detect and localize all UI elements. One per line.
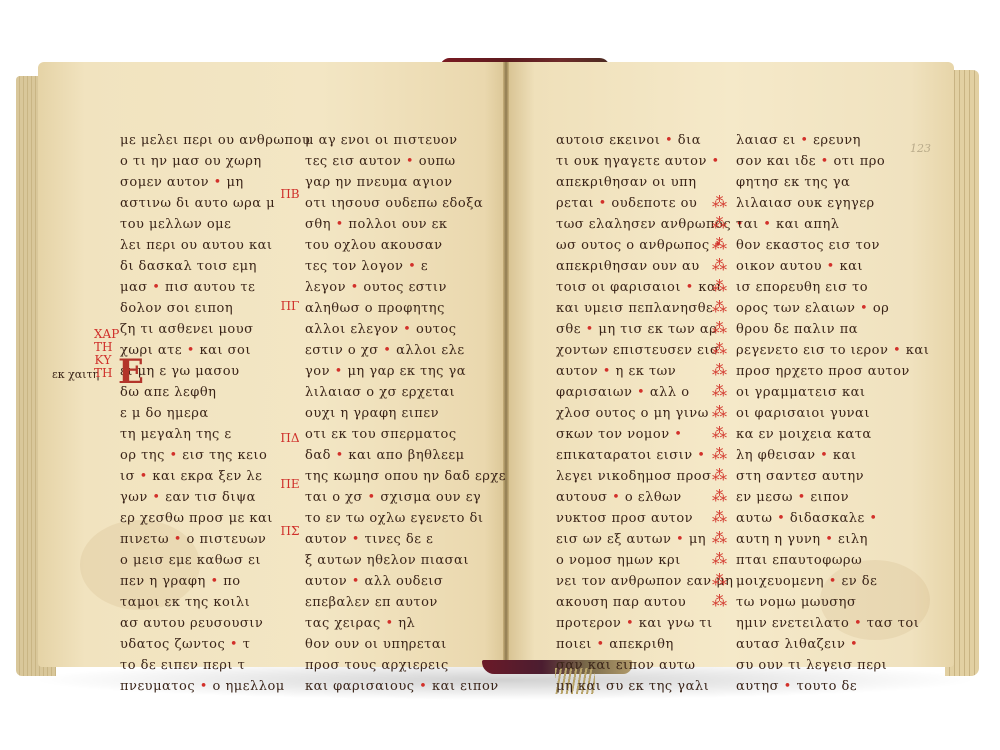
- red-asterisk-column: ⁂⁂⁂⁂⁂⁂⁂⁂⁂⁂⁂⁂⁂⁂⁂⁂⁂⁂⁂⁂: [712, 192, 727, 612]
- manuscript-line: προσ ηρχετο προσ αυτον: [736, 361, 929, 382]
- manuscript-line: ορος των ελαιων • ορ: [736, 298, 929, 319]
- manuscript-line: ο τι ην μασ ου χωρη: [120, 151, 310, 172]
- red-asterisk-icon: ⁂: [712, 318, 727, 339]
- manuscript-line: ξ αυτων ηθελον πιασαι: [305, 550, 506, 571]
- manuscript-line: λιλαιασ ουκ εγηγερ: [736, 193, 929, 214]
- rubric-dot: •: [368, 490, 376, 505]
- red-asterisk-icon: ⁂: [712, 276, 727, 297]
- red-asterisk-icon: ⁂: [712, 192, 727, 213]
- manuscript-line: εν μεσω • ειπον: [736, 487, 929, 508]
- rubric-dot: •: [408, 259, 416, 274]
- manuscript-line: αυτον • αλλ ουδεισ: [305, 571, 506, 592]
- red-asterisk-icon: ⁂: [712, 381, 727, 402]
- red-asterisk-icon: ⁂: [712, 234, 727, 255]
- marginal-rubric-vertical: ΧΑΡ ΤΗ ΚΥ ΤΗ: [94, 328, 112, 380]
- manuscript-line: απεκριθησαν οι υπη: [556, 172, 744, 193]
- rubric-dot: •: [406, 154, 414, 169]
- manuscript-line: λη φθεισαν • και: [736, 445, 929, 466]
- manuscript-line: τω νομω μωυσησ: [736, 592, 929, 613]
- red-asterisk-icon: ⁂: [712, 570, 727, 591]
- manuscript-line: αληθωσ ο προφητης: [305, 298, 506, 319]
- rubric-dot: •: [777, 511, 785, 526]
- left-page-column-1: με μελει περι ου ανθρωπουο τι ην μασ ου …: [120, 130, 310, 697]
- manuscript-line: ται ο χσ • σχισμα ουν εγ: [305, 487, 506, 508]
- manuscript-line: μασ • πισ αυτου τε: [120, 277, 310, 298]
- manuscript-line: αυτοισ εκεινοι • δια: [556, 130, 744, 151]
- manuscript-line: πνευματος • ο ημελλομ: [120, 676, 310, 697]
- manuscript-line: δαδ • και απο βηθλεεμ: [305, 445, 506, 466]
- rubric-dot: •: [403, 322, 411, 337]
- rubric-dot: •: [893, 343, 901, 358]
- manuscript-line: σον και ιδε • οτι προ: [736, 151, 929, 172]
- rubric-dot: •: [825, 532, 833, 547]
- rubric-dot: •: [784, 679, 792, 694]
- manuscript-line: εστιν ο χσ • αλλοι ελε: [305, 340, 506, 361]
- red-asterisk-icon: ⁂: [712, 444, 727, 465]
- manuscript-line: της κωμησ οπου ην δαδ ερχε: [305, 466, 506, 487]
- right-page-column-2: λαιασ ει • ερευνησον και ιδε • οτι προφη…: [736, 130, 929, 697]
- manuscript-line: επεβαλεν επ αυτον: [305, 592, 506, 613]
- manuscript-line: οι γραμματεισ και: [736, 382, 929, 403]
- red-asterisk-icon: ⁂: [712, 528, 727, 549]
- red-initial-letter: Ε: [118, 352, 144, 392]
- manuscript-line: ο μεισ εμε καθωσ ει: [120, 550, 310, 571]
- section-number-marginalia: ΠΒ: [280, 188, 300, 201]
- manuscript-line: σθη • πολλοι ουν εκ: [305, 214, 506, 235]
- manuscript-line: τες εισ αυτον • ουπω: [305, 151, 506, 172]
- red-asterisk-icon: ⁂: [712, 486, 727, 507]
- rubric-dot: •: [798, 490, 806, 505]
- red-asterisk-icon: ⁂: [712, 360, 727, 381]
- manuscript-line: ε μ δο ημερα: [120, 403, 310, 424]
- rubric-dot: •: [854, 616, 862, 631]
- manuscript-line: του οχλου ακουσαν: [305, 235, 506, 256]
- manuscript-line: στη σαντεσ αυτην: [736, 466, 929, 487]
- rubric-dot: •: [850, 637, 858, 652]
- manuscript-line: γαρ ην πνευμα αγιον: [305, 172, 506, 193]
- manuscript-line: αλλοι ελεγον • ουτος: [305, 319, 506, 340]
- rubric-dot: •: [152, 490, 160, 505]
- rubric-dot: •: [596, 637, 604, 652]
- rubric-dot: •: [210, 574, 218, 589]
- manuscript-line: μη και συ εκ της γαλι: [556, 676, 744, 697]
- rubric-dot: •: [637, 385, 645, 400]
- manuscript-line: ασ αυτου ρευσουσιν: [120, 613, 310, 634]
- rubric-dot: •: [187, 343, 195, 358]
- rubric-dot: •: [800, 133, 808, 148]
- rubric-dot: •: [820, 448, 828, 463]
- manuscript-line: ουχι η γραφη ειπεν: [305, 403, 506, 424]
- red-asterisk-icon: ⁂: [712, 423, 727, 444]
- rubric-dot: •: [383, 343, 391, 358]
- red-asterisk-icon: ⁂: [712, 465, 727, 486]
- manuscript-line: ημιν ενετειλατο • τασ τοι: [736, 613, 929, 634]
- red-asterisk-icon: ⁂: [712, 213, 727, 234]
- manuscript-line: το δε ειπεν περι τ: [120, 655, 310, 676]
- manuscript-line: σαν και ειπον αυτω: [556, 655, 744, 676]
- manuscript-line: ται • και απηλ: [736, 214, 929, 235]
- rubric-dot: •: [603, 364, 611, 379]
- section-number-marginalia: ΠΣ: [280, 525, 300, 538]
- rubric-dot: •: [599, 196, 607, 211]
- manuscript-line: αυτη η γυνη • ειλη: [736, 529, 929, 550]
- rubric-dot: •: [586, 322, 594, 337]
- rubric-dot: •: [612, 490, 620, 505]
- manuscript-line: αυτον • τινες δε ε: [305, 529, 506, 550]
- rubric-dot: •: [763, 217, 771, 232]
- rubric-dot: •: [821, 154, 829, 169]
- manuscript-line: το εν τω οχλω εγενετο δι: [305, 508, 506, 529]
- rubric-dot: •: [336, 217, 344, 232]
- section-number-marginalia: ΠΔ: [280, 432, 300, 445]
- rubric-dot: •: [200, 679, 208, 694]
- rubric-dot: •: [829, 574, 837, 589]
- section-number-marginalia: ΠΕ: [280, 478, 300, 491]
- manuscript-line: συ ουν τι λεγεισ περι: [736, 655, 929, 676]
- manuscript-line: με μελει περι ου ανθρωπου: [120, 130, 310, 151]
- manuscript-line: γον • μη γαρ εκ της γα: [305, 361, 506, 382]
- manuscript-line: χωρι ατε • και σοι: [120, 340, 310, 361]
- rubric-dot: •: [665, 133, 673, 148]
- rubric-dot: •: [860, 301, 868, 316]
- rubric-dot: •: [827, 259, 835, 274]
- manuscript-line: ποιει • απεκριθη: [556, 634, 744, 655]
- marginal-note-ink: εκ χαιτη: [52, 368, 99, 381]
- manuscript-line: αυτασ λιθαζειν •: [736, 634, 929, 655]
- folio-number: 123: [910, 142, 931, 155]
- manuscript-line: του μελλων ομε: [120, 214, 310, 235]
- rubric-dot: •: [336, 448, 344, 463]
- rubric-dot: •: [214, 175, 222, 190]
- manuscript-line: οτι ιησουσ ουδεπω εδοξα: [305, 193, 506, 214]
- manuscript-line: λει περι ου αυτου και: [120, 235, 310, 256]
- manuscript-line: τας χειρας • ηλ: [305, 613, 506, 634]
- left-page-column-2: μ αγ ενοι οι πιστευοντες εισ αυτον • ουπ…: [305, 130, 506, 697]
- manuscript-line: λεγον • ουτος εστιν: [305, 277, 506, 298]
- manuscript-line: τι ουκ ηγαγετε αυτον •: [556, 151, 744, 172]
- manuscript-line: οικον αυτου • και: [736, 256, 929, 277]
- manuscript-line: θον ουν οι υπηρεται: [305, 634, 506, 655]
- manuscript-line: θρου δε παλιν πα: [736, 319, 929, 340]
- manuscript-line: αυτησ • τουτο δε: [736, 676, 929, 697]
- manuscript-line: ταμοι εκ της κοιλι: [120, 592, 310, 613]
- rubric-dot: •: [674, 427, 682, 442]
- section-number-marginalia: ΠΓ: [280, 300, 300, 313]
- rubric-dot: •: [352, 532, 360, 547]
- manuscript-line: υδατος ζωντος • τ: [120, 634, 310, 655]
- manuscript-line: ορ της • εισ της κειο: [120, 445, 310, 466]
- manuscript-line: φητησ εκ της γα: [736, 172, 929, 193]
- manuscript-line: ει μη ε γω μασου: [120, 361, 310, 382]
- red-asterisk-icon: ⁂: [712, 549, 727, 570]
- manuscript-line: λιλαιασ ο χσ ερχεται: [305, 382, 506, 403]
- manuscript-line: μ αγ ενοι οι πιστευον: [305, 130, 506, 151]
- rubric-dot: •: [626, 616, 634, 631]
- rubric-dot: •: [712, 154, 720, 169]
- rubric-dot: •: [697, 448, 705, 463]
- rubric-dot: •: [174, 532, 182, 547]
- manuscript-line: κα εν μοιχεια κατα: [736, 424, 929, 445]
- rubric-dot: •: [869, 511, 877, 526]
- rubric-dot: •: [676, 532, 684, 547]
- red-asterisk-icon: ⁂: [712, 255, 727, 276]
- rubric-dot: •: [230, 637, 238, 652]
- red-asterisk-icon: ⁂: [712, 297, 727, 318]
- rubric-dot: •: [419, 679, 427, 694]
- manuscript-line: πεν η γραφη • πο: [120, 571, 310, 592]
- manuscript-line: λαιασ ει • ερευνη: [736, 130, 929, 151]
- rubric-dot: •: [351, 280, 359, 295]
- red-asterisk-icon: ⁂: [712, 402, 727, 423]
- manuscript-line: αυτω • διδασκαλε •: [736, 508, 929, 529]
- red-asterisk-icon: ⁂: [712, 591, 727, 612]
- rubric-dot: •: [385, 616, 393, 631]
- manuscript-line: πται επαυτοφωρω: [736, 550, 929, 571]
- rubric-dot: •: [335, 364, 343, 379]
- rubric-dot: •: [152, 280, 160, 295]
- manuscript-line: θον εκαστος εισ τον: [736, 235, 929, 256]
- rubric-dot: •: [686, 280, 694, 295]
- red-asterisk-icon: ⁂: [712, 339, 727, 360]
- manuscript-line: και φαρισαιους • και ειπον: [305, 676, 506, 697]
- manuscript-line: οτι εκ του σπερματος: [305, 424, 506, 445]
- manuscript-line: ρεγενετο εισ το ιερον • και: [736, 340, 929, 361]
- manuscript-line: τες τον λογον • ε: [305, 256, 506, 277]
- rubric-dot: •: [140, 469, 148, 484]
- manuscript-line: προτερον • και γνω τι: [556, 613, 744, 634]
- rubric-dot: •: [170, 448, 178, 463]
- red-asterisk-icon: ⁂: [712, 507, 727, 528]
- manuscript-line: δω απε λεφθη: [120, 382, 310, 403]
- manuscript-line: προσ τους αρχιερεις: [305, 655, 506, 676]
- manuscript-line: δι δασκαλ τοισ εμη: [120, 256, 310, 277]
- manuscript-line: οι φαρισαιοι γυναι: [736, 403, 929, 424]
- manuscript-line: μοιχευομενη • εν δε: [736, 571, 929, 592]
- manuscript-line: ζη τι ασθενει μουσ: [120, 319, 310, 340]
- rubric-dot: •: [352, 574, 360, 589]
- manuscript-line: ισ επορευθη εισ το: [736, 277, 929, 298]
